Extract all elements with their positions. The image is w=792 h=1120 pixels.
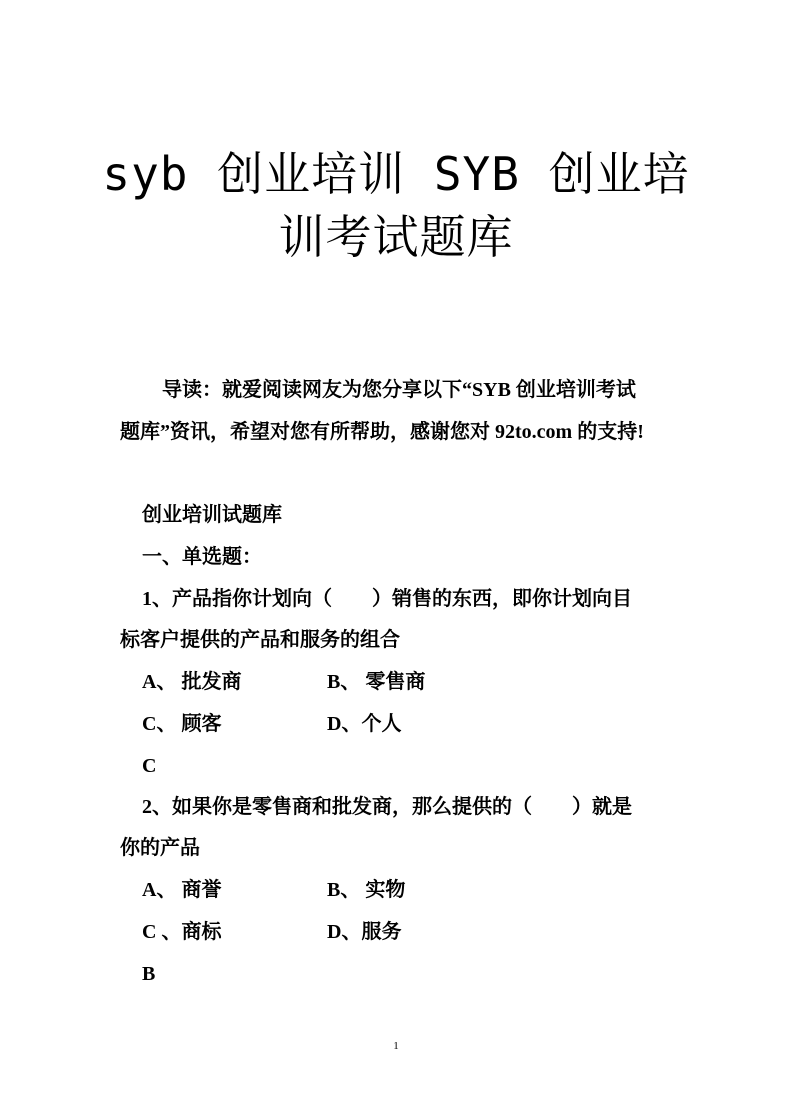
option-b: B、 零售商 [327, 670, 425, 694]
answer: B [142, 962, 155, 986]
document-title-line2: 训考试题库 [0, 205, 792, 269]
option-a: A、 商誉 [142, 878, 221, 902]
intro-line1: 导读：就爱阅读网友为您分享以下“SYB 创业培训考试 [162, 378, 636, 402]
option-c: C、 顾客 [142, 712, 221, 736]
question-text-line1: 2、如果你是零售商和批发商，那么提供的（ ）就是 [142, 795, 632, 819]
subsection-title: 一、单选题： [142, 545, 262, 569]
question-text-line1: 1、产品指你计划向（ ）销售的东西，即你计划向目 [142, 587, 632, 611]
question-text-line2: 标客户提供的产品和服务的组合 [120, 628, 400, 652]
page-number: 1 [0, 1040, 792, 1052]
answer: C [142, 754, 156, 778]
option-d: D、个人 [327, 712, 401, 736]
option-a: A、 批发商 [142, 670, 241, 694]
question-text-line2: 你的产品 [120, 836, 200, 860]
document-title-line1: syb 创业培训 SYB 创业培 [0, 142, 792, 206]
option-c: C 、商标 [142, 920, 221, 944]
option-d: D、服务 [327, 920, 401, 944]
section-title: 创业培训试题库 [142, 503, 282, 527]
intro-line2: 题库”资讯，希望对您有所帮助，感谢您对 92to.com 的支持! [120, 420, 644, 444]
option-b: B、 实物 [327, 878, 405, 902]
